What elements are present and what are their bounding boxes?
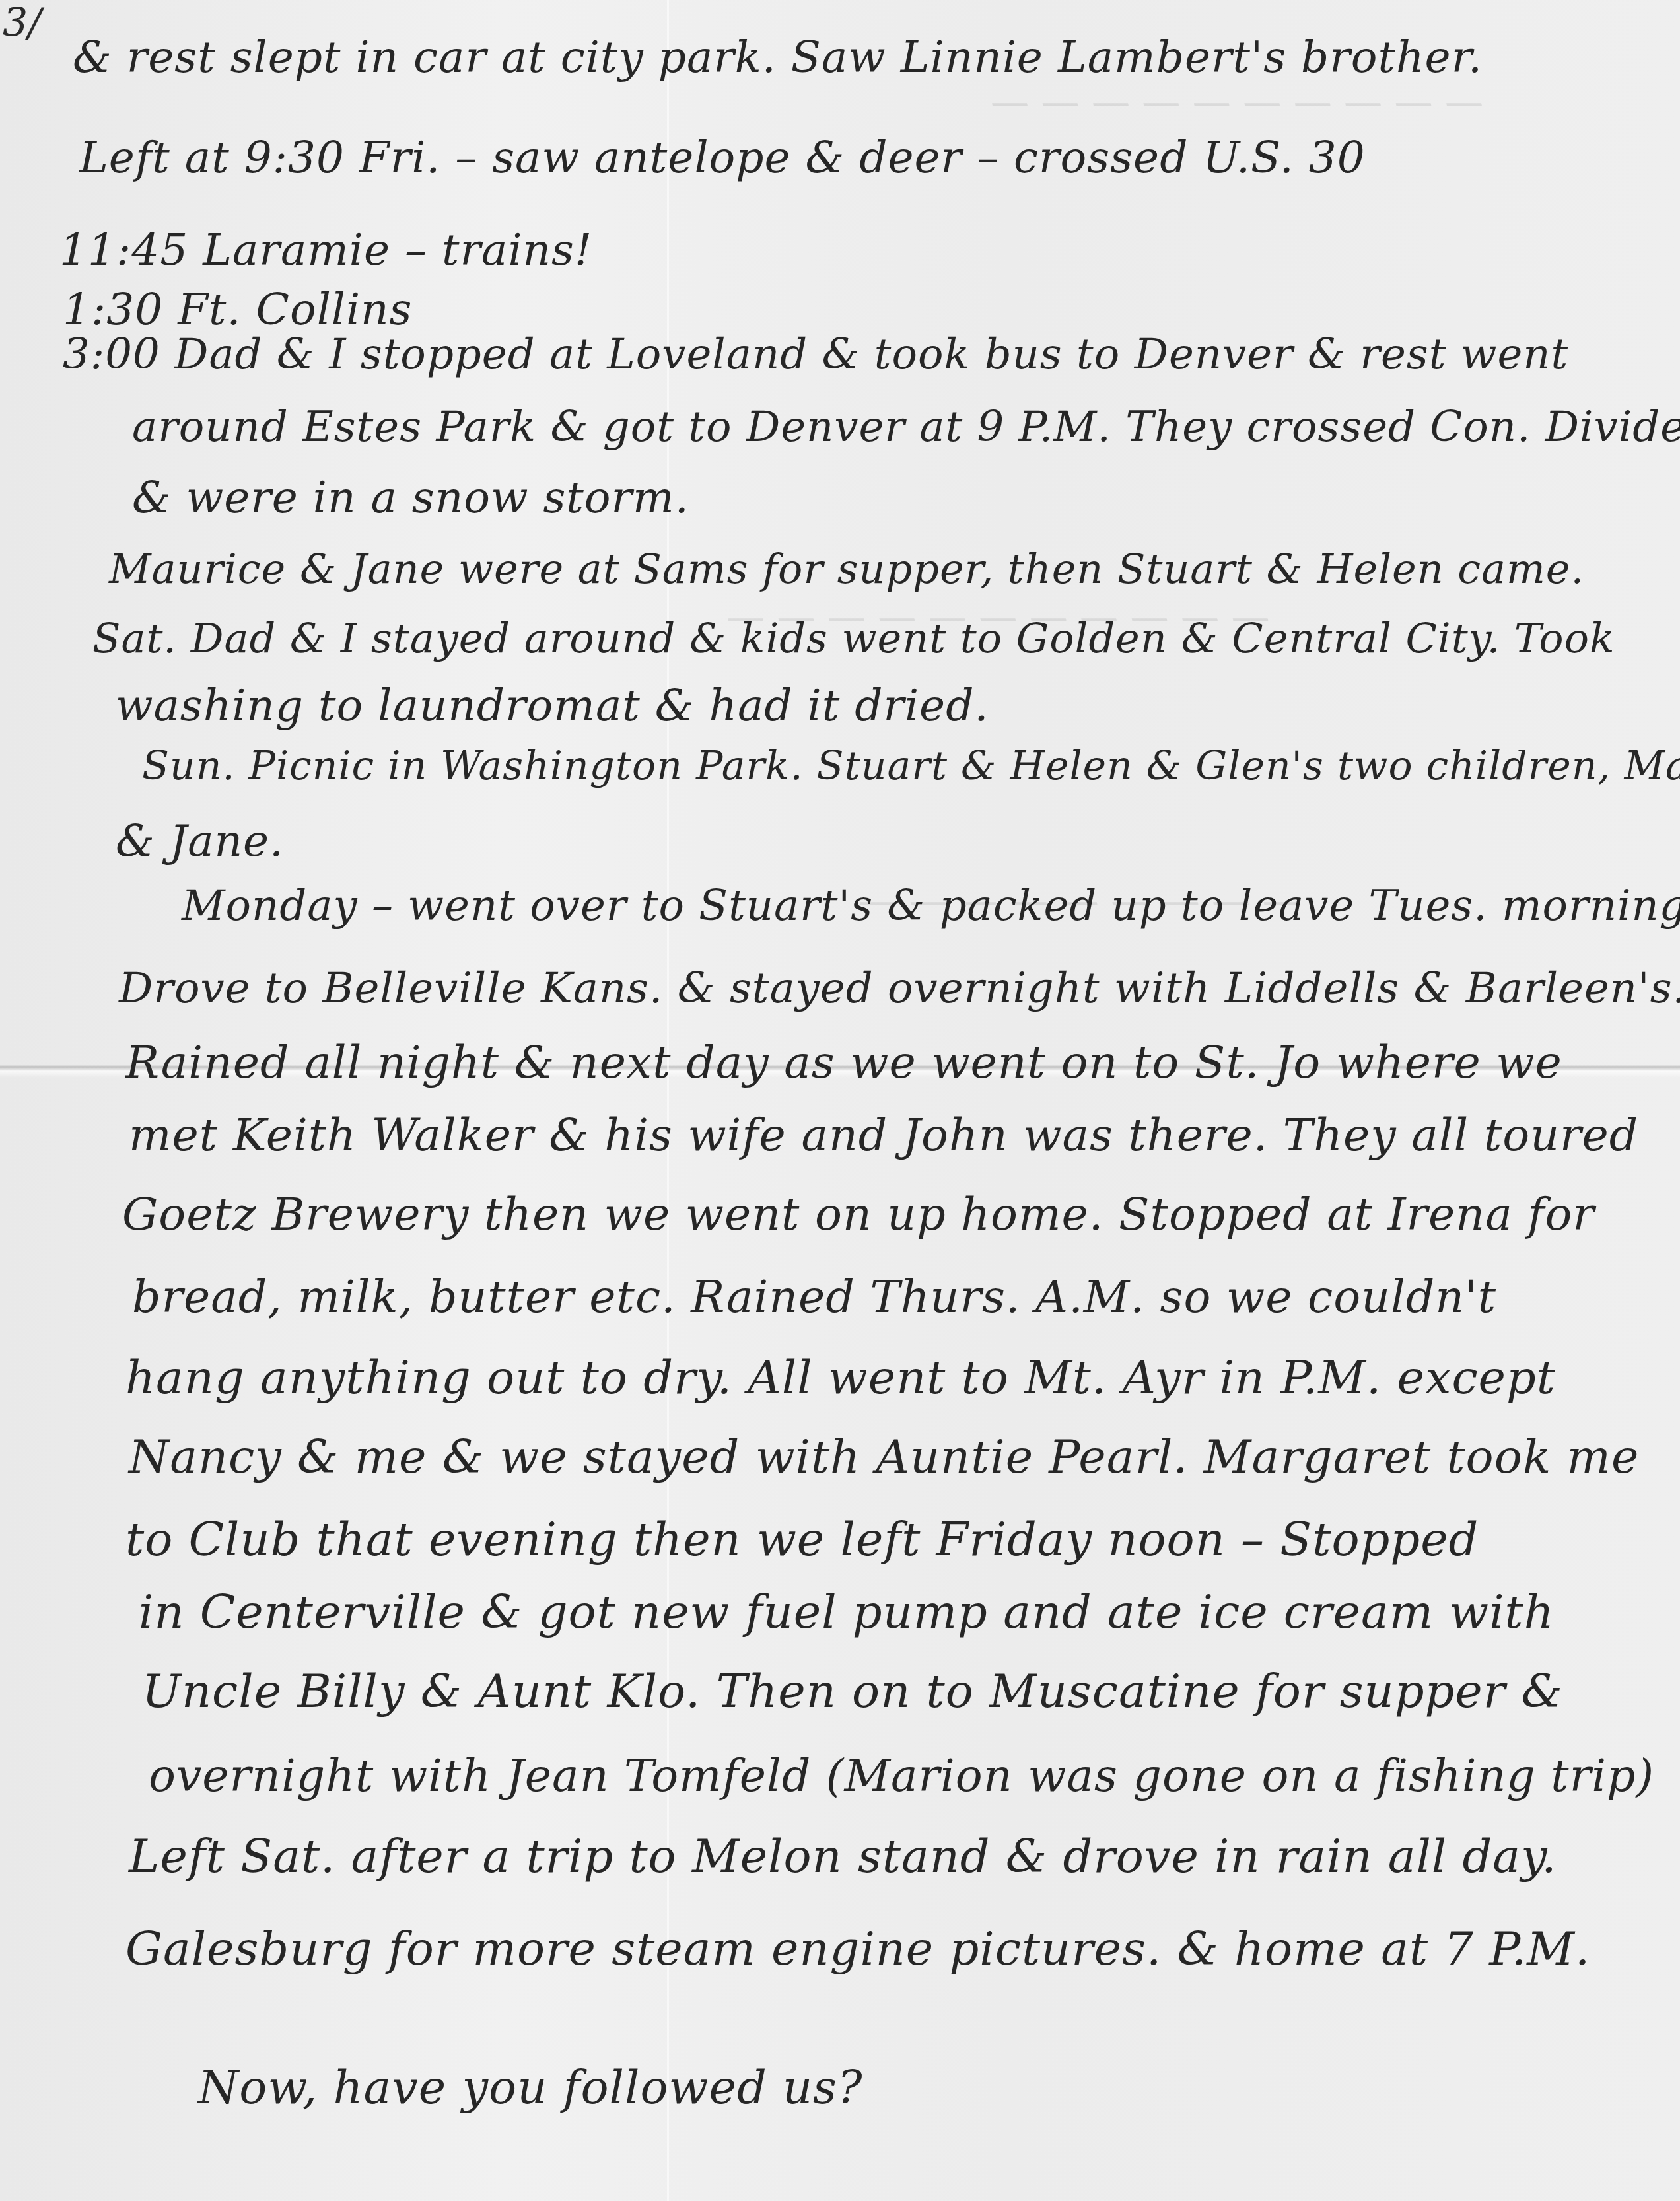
text-line-19: hang anything out to dry. All went to Mt… xyxy=(125,1350,1556,1405)
text-line-22: in Centerville & got new fuel pump and a… xyxy=(139,1585,1555,1639)
text-line-13: Monday – went over to Stuart's & packed … xyxy=(182,882,1680,930)
text-line-25: Left Sat. after a trip to Melon stand & … xyxy=(129,1829,1557,1883)
text-line-6: around Estes Park & got to Denver at 9 P… xyxy=(132,403,1680,452)
text-line-8: Maurice & Jane were at Sams for supper, … xyxy=(109,545,1584,593)
text-line-26: Galesburg for more steam engine pictures… xyxy=(125,1922,1590,1976)
text-line-14: Drove to Belleville Kans. & stayed overn… xyxy=(119,964,1680,1013)
text-line-16: met Keith Walker & his wife and John was… xyxy=(129,1109,1638,1162)
text-line-12: & Jane. xyxy=(116,816,284,866)
page-number-mark: 3/ xyxy=(3,0,41,46)
bleed-through-text: — — — — — — — — — — xyxy=(991,79,1483,124)
text-line-5: 3:00 Dad & I stopped at Loveland & took … xyxy=(63,330,1568,379)
text-line-3: 11:45 Laramie – trains! xyxy=(59,225,592,275)
text-line-2: Left at 9:30 Fri. – saw antelope & deer … xyxy=(79,132,1366,183)
letter-page: — — — — — — — — — — — — — — — — — — — — … xyxy=(0,0,1680,2201)
text-line-23: Uncle Billy & Aunt Klo. Then on to Musca… xyxy=(142,1664,1563,1718)
text-line-27: Now, have you followed us? xyxy=(198,2060,862,2114)
text-line-24: overnight with Jean Tomfeld (Marion was … xyxy=(149,1750,1654,1802)
text-line-1: & rest slept in car at city park. Saw Li… xyxy=(73,32,1483,83)
text-line-7: & were in a snow storm. xyxy=(132,472,689,523)
text-line-20: Nancy & me & we stayed with Auntie Pearl… xyxy=(129,1430,1639,1484)
text-line-11: Sun. Picnic in Washington Park. Stuart &… xyxy=(142,743,1680,789)
text-line-4: 1:30 Ft. Collins xyxy=(63,284,412,335)
text-line-18: bread, milk, butter etc. Rained Thurs. A… xyxy=(132,1271,1496,1323)
text-line-15: Rained all night & next day as we went o… xyxy=(125,1037,1562,1089)
text-line-21: to Club that evening then we left Friday… xyxy=(125,1512,1479,1566)
text-line-10: washing to laundromat & had it dried. xyxy=(116,680,989,731)
text-line-9: Sat. Dad & I stayed around & kids went t… xyxy=(92,614,1615,662)
text-line-17: Goetz Brewery then we went on up home. S… xyxy=(122,1189,1595,1241)
